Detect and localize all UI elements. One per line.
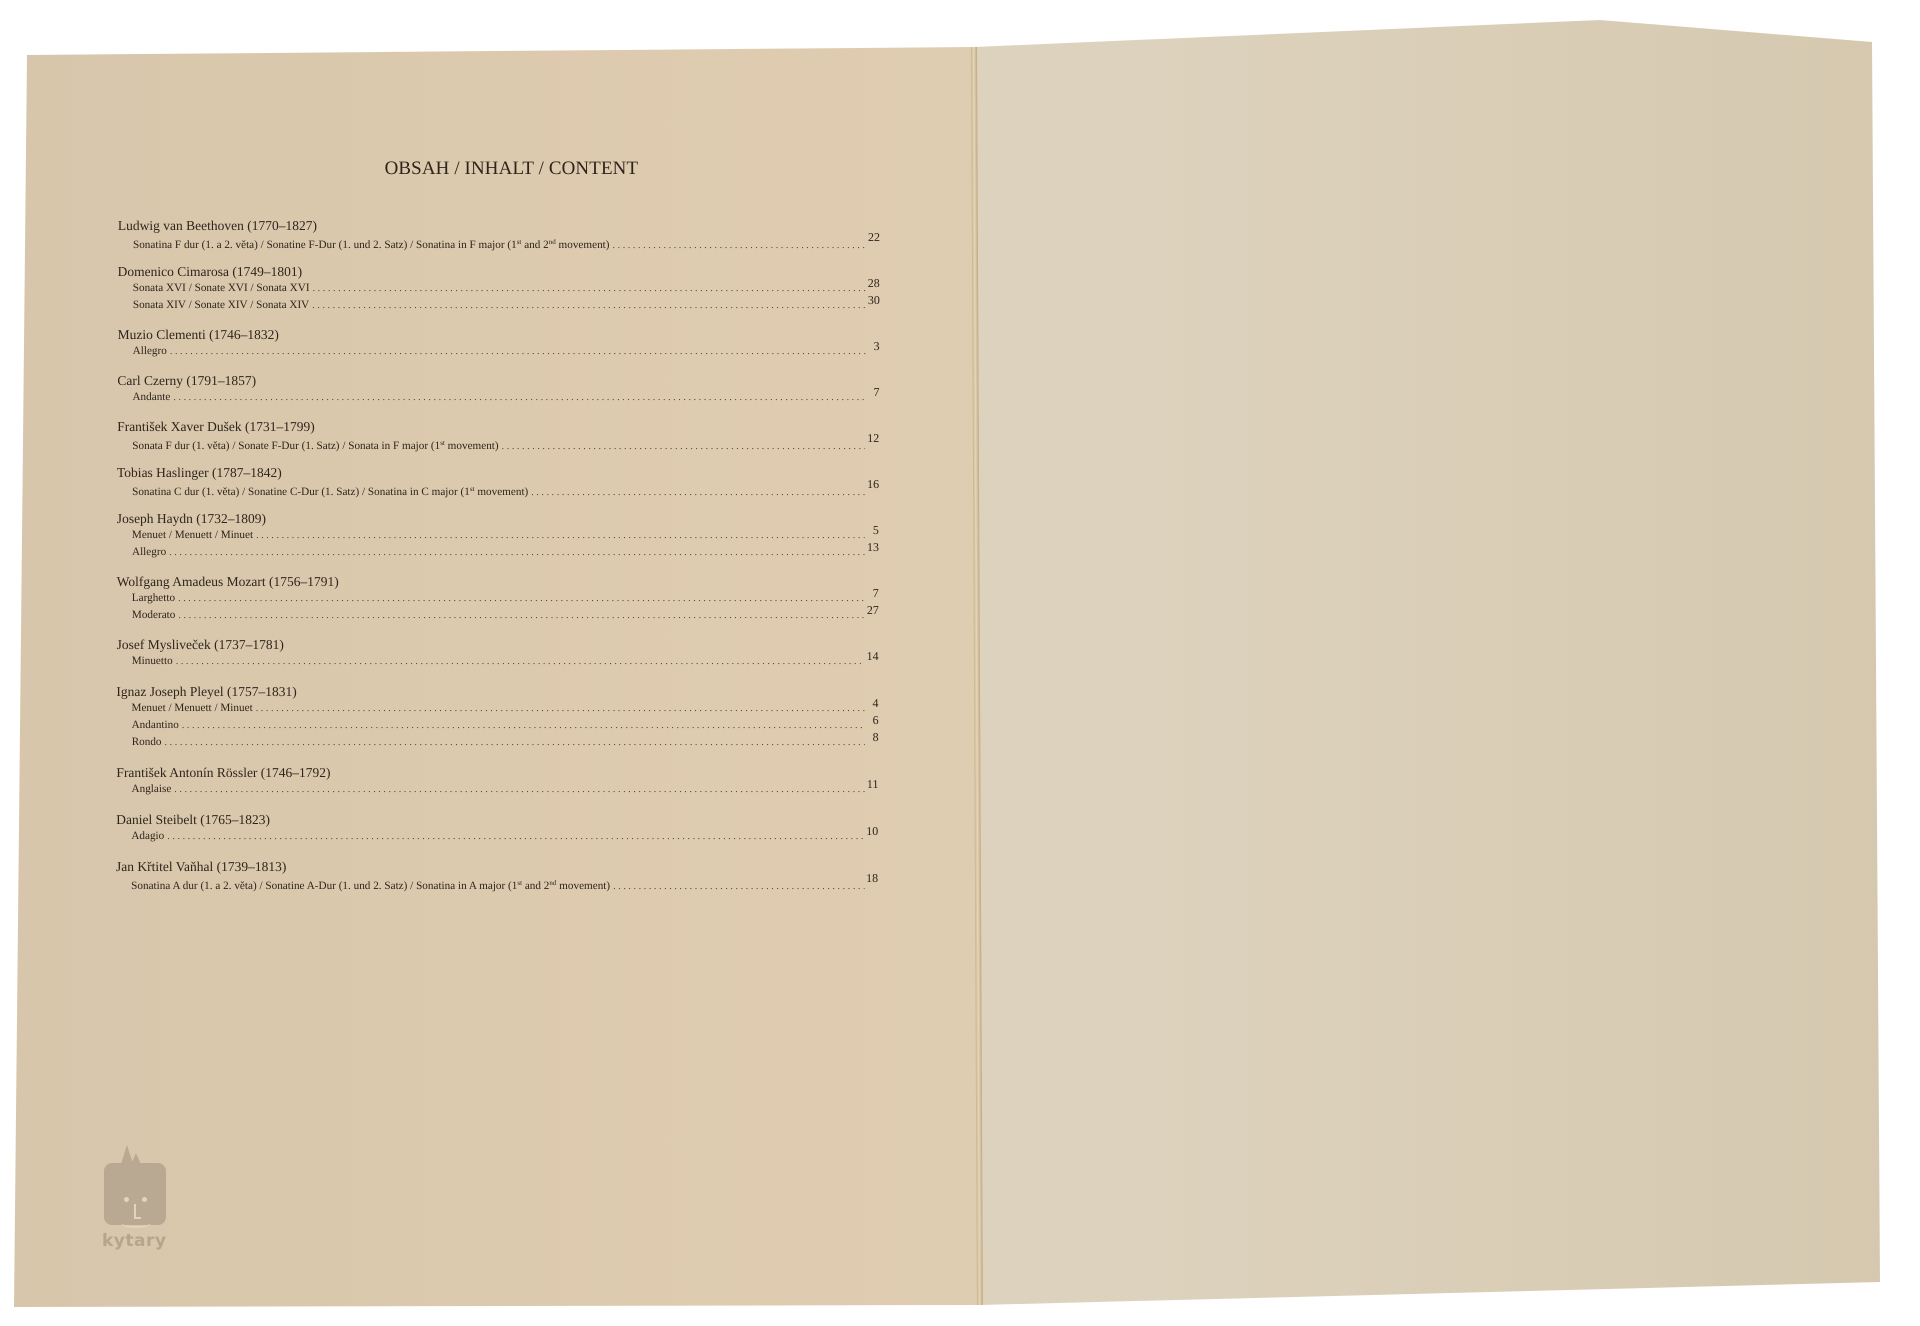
dot-leader: ........................................… <box>173 389 865 406</box>
dot-leader: ........................................… <box>531 484 865 501</box>
logo-eye <box>142 1197 147 1202</box>
toc-title: OBSAH / INHALT / CONTENT <box>384 158 614 180</box>
toc-entry: Ignaz Joseph Pleyel (1757–1831)Menuet / … <box>116 684 878 751</box>
toc-item: Moderato................................… <box>132 607 879 624</box>
toc-item: Menuet / Menuett / Minuet...............… <box>131 700 878 717</box>
toc-entry: František Xaver Dušek (1731–1799)Sonata … <box>117 419 879 452</box>
composer-name: Tobias Haslinger (1787–1842) <box>117 465 879 481</box>
piece-title: Moderato <box>132 607 179 624</box>
dot-leader: ........................................… <box>176 653 865 670</box>
piece-title: Anglaise <box>131 781 174 798</box>
page-number: 16 <box>861 476 879 493</box>
toc-item: Andantino...............................… <box>132 717 879 734</box>
page-number: 11 <box>860 776 878 793</box>
table-of-contents: OBSAH / INHALT / CONTENT Ludwig van Beet… <box>0 0 1000 1326</box>
logo-mouth <box>121 1218 151 1228</box>
dot-leader: ........................................… <box>502 438 866 455</box>
composer-name: Joseph Haydn (1732–1809) <box>117 511 879 527</box>
composer-name: Ignaz Joseph Pleyel (1757–1831) <box>116 684 878 700</box>
dot-leader: ........................................… <box>178 607 865 624</box>
toc-entry: Daniel Steibelt (1765–1823)Adagio.......… <box>116 812 878 845</box>
toc-entry: Domenico Cimarosa (1749–1801)Sonata XVI … <box>118 264 880 314</box>
page-number: 12 <box>861 430 879 447</box>
piece-title: Sonata F dur (1. věta) / Sonate F-Dur (1… <box>132 435 501 455</box>
piece-title: Sonatina C dur (1. věta) / Sonatine C-Du… <box>132 481 531 501</box>
toc-entry: Jan Křtitel Vaňhal (1739–1813)Sonatina A… <box>116 859 878 892</box>
composer-name: Josef Mysliveček (1737–1781) <box>117 637 879 653</box>
toc-entry: František Antonín Rössler (1746–1792)Ang… <box>116 765 878 798</box>
toc-entry: Tobias Haslinger (1787–1842)Sonatina C d… <box>117 465 879 498</box>
toc-item: Sonata XVI / Sonate XVI / Sonata XVI....… <box>133 280 880 297</box>
page-number: 27 <box>861 602 879 619</box>
piece-title: Andante <box>132 389 173 406</box>
page-number: 7 <box>861 384 879 401</box>
toc-entry: Josef Mysliveček (1737–1781)Minuetto....… <box>117 637 879 670</box>
toc-item: Larghetto...............................… <box>132 590 879 607</box>
piece-title: Minuetto <box>132 653 176 670</box>
logo-eye <box>124 1197 129 1202</box>
toc-item: Allegro.................................… <box>132 544 879 561</box>
dot-leader: ........................................… <box>612 237 866 254</box>
toc-item: Rondo...................................… <box>132 734 879 751</box>
toc-entry: Joseph Haydn (1732–1809)Menuet / Menuett… <box>117 511 879 561</box>
toc-item: Allegro.................................… <box>133 343 880 360</box>
page-number: 3 <box>862 338 880 355</box>
composer-name: Carl Czerny (1791–1857) <box>117 373 879 389</box>
piece-title: Allegro <box>132 544 169 561</box>
piece-title: Rondo <box>132 734 165 751</box>
kytary-watermark: kytary <box>104 1145 166 1265</box>
dot-leader: ........................................… <box>613 878 864 895</box>
toc-item: Anglaise................................… <box>131 781 878 798</box>
toc-item: Sonatina F dur (1. a 2. věta) / Sonatine… <box>133 234 880 251</box>
toc-item: Andante.................................… <box>132 389 879 406</box>
page-number: 22 <box>862 229 880 246</box>
watermark-brand: kytary <box>102 1231 166 1251</box>
composer-name: Jan Křtitel Vaňhal (1739–1813) <box>116 859 878 875</box>
dot-leader: ........................................… <box>313 280 866 297</box>
toc-item: Sonatina A dur (1. a 2. věta) / Sonatine… <box>131 875 878 892</box>
toc-entry: Ludwig van Beethoven (1770–1827)Sonatina… <box>118 218 880 251</box>
piece-title: Sonatina A dur (1. a 2. věta) / Sonatine… <box>131 875 613 895</box>
toc-item: Adagio..................................… <box>131 828 878 845</box>
page-number: 28 <box>862 275 880 292</box>
page-number: 13 <box>861 539 879 556</box>
toc-entry: Muzio Clementi (1746–1832)Allegro.......… <box>118 327 880 360</box>
piece-title: Andantino <box>132 717 182 734</box>
toc-item: Sonata XIV / Sonate XIV / Sonata XIV....… <box>133 297 880 314</box>
piece-title: Sonata XIV / Sonate XIV / Sonata XIV <box>133 297 312 314</box>
dot-leader: ........................................… <box>174 781 864 798</box>
dot-leader: ........................................… <box>167 828 864 845</box>
page-number: 4 <box>860 695 878 712</box>
toc-entry: Wolfgang Amadeus Mozart (1756–1791)Largh… <box>117 574 879 624</box>
dot-leader: ........................................… <box>256 527 865 544</box>
composer-name: Muzio Clementi (1746–1832) <box>118 327 880 343</box>
piece-title: Sonatina F dur (1. a 2. věta) / Sonatine… <box>133 234 613 254</box>
composer-name: František Antonín Rössler (1746–1792) <box>116 765 878 781</box>
piece-title: Adagio <box>131 828 167 845</box>
dot-leader: ........................................… <box>164 734 864 751</box>
page-number: 14 <box>861 648 879 665</box>
toc-item: Minuetto................................… <box>132 653 879 670</box>
page-number: 6 <box>861 712 879 729</box>
composer-name: František Xaver Dušek (1731–1799) <box>117 419 879 435</box>
dot-leader: ........................................… <box>169 544 865 561</box>
piece-title: Menuet / Menuett / Minuet <box>132 527 256 544</box>
logo-nose <box>134 1204 141 1219</box>
page-number: 18 <box>860 870 878 887</box>
piece-title: Sonata XVI / Sonate XVI / Sonata XVI <box>133 280 313 297</box>
page-number: 10 <box>860 823 878 840</box>
page-number: 5 <box>861 522 879 539</box>
dot-leader: ........................................… <box>178 590 865 607</box>
dot-leader: ........................................… <box>170 343 866 360</box>
composer-name: Daniel Steibelt (1765–1823) <box>116 812 878 828</box>
composer-name: Domenico Cimarosa (1749–1801) <box>118 264 880 280</box>
dot-leader: ........................................… <box>182 717 865 734</box>
dot-leader: ........................................… <box>256 700 865 717</box>
composer-name: Ludwig van Beethoven (1770–1827) <box>118 218 880 234</box>
page-number: 7 <box>861 585 879 602</box>
composer-name: Wolfgang Amadeus Mozart (1756–1791) <box>117 574 879 590</box>
piece-title: Menuet / Menuett / Minuet <box>131 700 255 717</box>
piece-title: Allegro <box>133 343 170 360</box>
page-number: 8 <box>861 729 879 746</box>
toc-entry: Carl Czerny (1791–1857)Andante..........… <box>117 373 879 406</box>
toc-item: Sonatina C dur (1. věta) / Sonatine C-Du… <box>132 481 879 498</box>
dot-leader: ........................................… <box>312 297 866 314</box>
piece-title: Larghetto <box>132 590 178 607</box>
page-number: 30 <box>862 292 880 309</box>
toc-item: Sonata F dur (1. věta) / Sonate F-Dur (1… <box>132 435 879 452</box>
toc-item: Menuet / Menuett / Minuet...............… <box>132 527 879 544</box>
kytary-face-logo-icon <box>104 1163 166 1225</box>
